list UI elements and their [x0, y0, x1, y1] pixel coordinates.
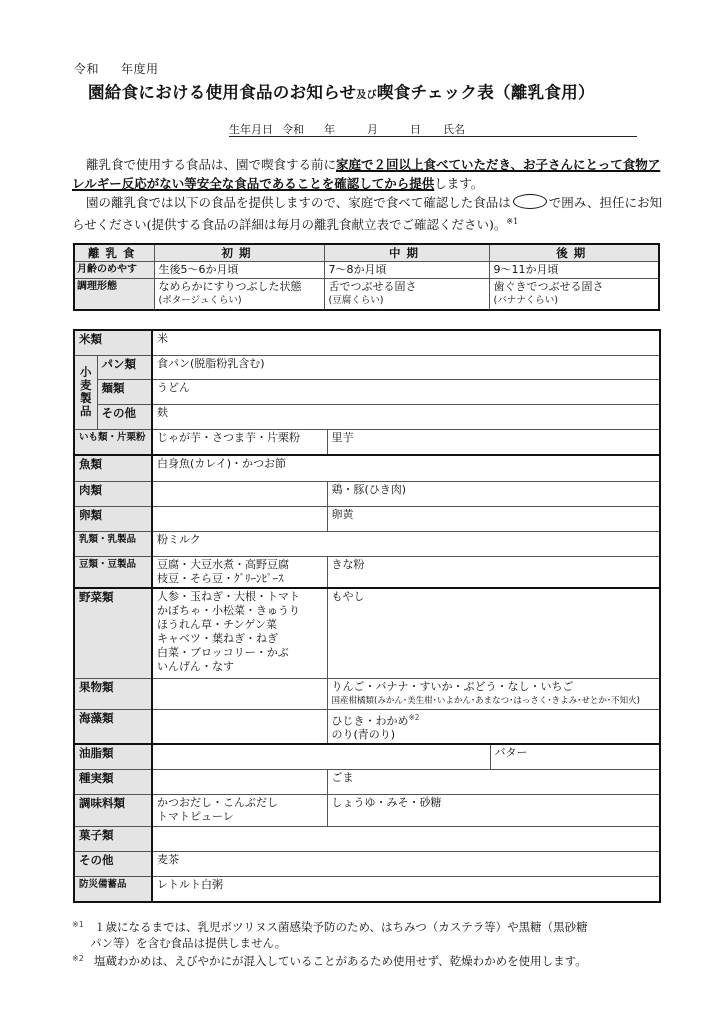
food-cell[interactable]: りんご・バナナ・すいか・ぶどう・なし・いちご国産柑橘類(みかん･美生柑･いよかん… [327, 678, 660, 709]
food-cell[interactable]: ひじき・わかめ※2のり(青のり) [327, 709, 660, 744]
category-meat: 肉類 [74, 481, 152, 506]
category-egg: 卵類 [74, 506, 152, 531]
fiscal-year-line: 令和年度用 [74, 60, 159, 77]
food-cell[interactable]: 食パン(脱脂粉乳含む) [152, 355, 660, 379]
table-row: 豆類・豆製品 豆腐・大豆水煮・高野豆腐枝豆・そら豆・ｸﾞﾘｰﾝﾋﾟｰｽ きな粉 [74, 556, 660, 588]
stage-header-middle: 中期 [324, 244, 489, 262]
year-label: 年度用 [121, 62, 159, 76]
food-cell[interactable]: 鶏・豚(ひき肉) [327, 481, 660, 506]
food-cell[interactable] [152, 506, 327, 531]
food-cell[interactable]: じゃが芋・さつま芋・片栗粉 [152, 429, 327, 455]
birth-era: 令和 [282, 121, 304, 137]
category-fish: 魚類 [74, 455, 152, 481]
table-row: 米類 米 [74, 330, 660, 355]
table-row: その他 麦茶 [74, 851, 660, 876]
food-cell[interactable]: 米 [152, 330, 660, 355]
birth-label: 生年月日 [229, 121, 273, 137]
texture-label: 調理形態 [74, 279, 154, 311]
table-row: 海藻類 ひじき・わかめ※2のり(青のり) [74, 709, 660, 744]
food-cell[interactable]: 里芋 [327, 429, 660, 455]
category-other: その他 [74, 851, 152, 876]
category-emergency: 防災備蓄品 [74, 876, 152, 902]
category-fruit: 果物類 [74, 678, 152, 709]
food-cell[interactable] [152, 826, 660, 851]
food-cell[interactable] [152, 769, 327, 794]
food-cell[interactable]: 粉ミルク [152, 531, 660, 556]
name-field[interactable]: 氏名 [443, 121, 465, 137]
stage-header-late: 後期 [489, 244, 659, 262]
table-row: 魚類 白身魚(カレイ)・かつお節 [74, 455, 660, 481]
category-sweets: 菓子類 [74, 826, 152, 851]
table-row: 果物類 りんご・バナナ・すいか・ぶどう・なし・いちご国産柑橘類(みかん･美生柑･… [74, 678, 660, 709]
table-row: 乳類・乳製品 粉ミルク [74, 531, 660, 556]
age-early: 生後5～6か月頃 [154, 262, 324, 279]
table-row: 野菜類 人参・玉ねぎ・大根・トマト かぼちゃ・小松菜・きゅうり ほうれん草・チン… [74, 588, 660, 678]
texture-early: なめらかにすりつぶした状態(ポタージュくらい) [154, 279, 324, 311]
food-cell[interactable]: かつおだし・こんぶだしトマトピューレ [152, 794, 327, 826]
table-row: 肉類 鶏・豚(ひき肉) [74, 481, 660, 506]
category-beans: 豆類・豆製品 [74, 556, 152, 588]
birth-year-field[interactable]: 年 [324, 121, 335, 137]
texture-middle: 舌でつぶせる固さ(豆腐くらい) [324, 279, 489, 311]
food-cell[interactable]: うどん [152, 379, 660, 404]
table-row: 麺類 うどん [74, 379, 660, 404]
texture-late: 歯ぐきでつぶせる固さ(バナナくらい) [489, 279, 659, 311]
category-fats: 油脂類 [74, 744, 152, 769]
birth-name-line: 生年月日令和年月日氏名 [229, 121, 637, 137]
food-cell[interactable]: しょうゆ・みそ・砂糖 [327, 794, 660, 826]
footnotes: ※1１歳になるまでは、乳児ボツリヌス菌感染予防のため、はちみつ（カステラ等）や黒… [72, 917, 672, 969]
food-cell[interactable]: 麦茶 [152, 851, 660, 876]
food-cell[interactable]: 卵黄 [327, 506, 660, 531]
birth-month-field[interactable]: 月 [367, 121, 378, 137]
table-row: 防災備蓄品 レトルト白粥 [74, 876, 660, 902]
footnote-2: ※2塩蔵わかめは、えびやかにが混入していることがあるため使用せず、乾燥わかめを使… [72, 951, 672, 969]
table-row: いも類・片栗粉 じゃが芋・さつま芋・片栗粉 里芋 [74, 429, 660, 455]
food-cell[interactable]: 麸 [152, 404, 660, 429]
category-wheat-group: 小麦製品 [74, 355, 97, 429]
food-cell[interactable]: バター [490, 744, 660, 769]
food-cell[interactable]: レトルト白粥 [152, 876, 660, 902]
stage-header-early: 初期 [154, 244, 324, 262]
table-row: 菓子類 [74, 826, 660, 851]
category-wheat-other: その他 [97, 404, 152, 429]
table-row: 調味料類 かつおだし・こんぶだしトマトピューレ しょうゆ・みそ・砂糖 [74, 794, 660, 826]
food-cell[interactable]: 白身魚(カレイ)・かつお節 [152, 455, 660, 481]
category-seasoning: 調味料類 [74, 794, 152, 826]
table-row: 小麦製品 パン類 食パン(脱脂粉乳含む) [74, 355, 660, 379]
table-row: その他 麸 [74, 404, 660, 429]
category-rice: 米類 [74, 330, 152, 355]
category-dairy: 乳類・乳製品 [74, 531, 152, 556]
food-cell[interactable] [152, 481, 327, 506]
page-title: 園給食における使用食品のお知らせ及び喫食チェック表（離乳食用） [88, 79, 595, 103]
era-label: 令和 [74, 62, 99, 76]
weaning-stage-table: 離乳食 初期 中期 後期 月齢のめやす 生後5～6か月頃 7～8か月頃 9～11… [73, 243, 660, 311]
age-guide-label: 月齢のめやす [74, 262, 154, 279]
food-cell[interactable]: もやし [327, 588, 660, 678]
category-noodles: 麺類 [97, 379, 152, 404]
circle-mark-icon [513, 194, 547, 209]
stage-header-label: 離乳食 [74, 244, 154, 262]
category-vegetables: 野菜類 [74, 588, 152, 678]
age-late: 9～11か月頃 [489, 262, 659, 279]
food-cell[interactable]: ごま [327, 769, 660, 794]
food-cell[interactable] [152, 678, 327, 709]
category-bread: パン類 [97, 355, 152, 379]
birth-day-field[interactable]: 日 [410, 121, 421, 137]
category-potato: いも類・片栗粉 [74, 429, 152, 455]
category-seeds: 種実類 [74, 769, 152, 794]
footnote-1: ※1１歳になるまでは、乳児ボツリヌス菌感染予防のため、はちみつ（カステラ等）や黒… [72, 917, 672, 951]
food-cell[interactable]: 豆腐・大豆水煮・高野豆腐枝豆・そら豆・ｸﾞﾘｰﾝﾋﾟｰｽ [152, 556, 327, 588]
age-middle: 7～8か月頃 [324, 262, 489, 279]
food-cell[interactable] [152, 744, 490, 769]
food-cell[interactable] [152, 709, 327, 744]
category-seaweed: 海藻類 [74, 709, 152, 744]
food-cell[interactable]: きな粉 [327, 556, 660, 588]
food-cell[interactable]: 人参・玉ねぎ・大根・トマト かぼちゃ・小松菜・きゅうり ほうれん草・チンゲン菜 … [152, 588, 327, 678]
table-row: 卵類 卵黄 [74, 506, 660, 531]
table-row: 油脂類 バター [74, 744, 660, 769]
food-check-table: 米類 米 小麦製品 パン類 食パン(脱脂粉乳含む) 麺類 うどん その他 麸 い… [73, 329, 661, 903]
table-row: 種実類 ごま [74, 769, 660, 794]
intro-text: 離乳食で使用する食品は、園で喫食する前に家庭で２回以上食べていただき、お子さんに… [72, 155, 672, 234]
